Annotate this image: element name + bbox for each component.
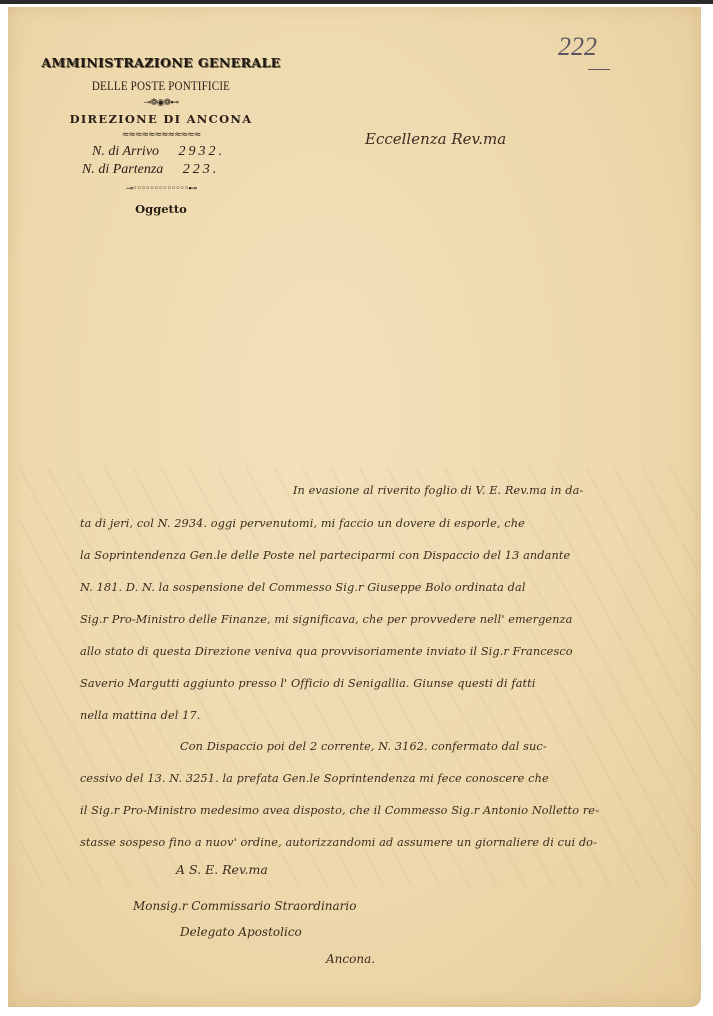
body-line: Saverio Margutti aggiunto presso l' Offi… [80,677,690,690]
departure-label: N. di Partenza [82,162,163,177]
ornament-medium-icon: ≈≈≈≈≈≈≈≈≈≈≈≈ [26,130,296,140]
departure-number: 223. [183,162,220,177]
letterhead: AMMINISTRAZIONE GENERALE DELLE POSTE PON… [26,55,296,216]
letter-page: AMMINISTRAZIONE GENERALE DELLE POSTE PON… [8,7,701,1007]
body-line: allo stato di questa Direzione veniva qu… [80,645,690,658]
subject-label: Oggetto [26,202,296,216]
departure-number-row: N. di Partenza 223. [26,162,296,178]
folio-number: 222 [558,32,597,62]
arrival-label: N. di Arrivo [92,144,159,159]
addressee-city: Ancona. [326,952,375,966]
body-line: N. 181. D. N. la sospensione del Commess… [80,581,690,594]
arrival-number: 2932. [179,144,226,159]
letterhead-subtitle: DELLE POSTE PONTIFICIE [46,78,276,94]
body-line: cessivo del 13. N. 3251. la prefata Gen.… [80,772,690,785]
addressee-title: Monsig.r Commissario Straordinario [133,899,356,913]
closing-line: A S. E. Rev.ma [176,862,268,877]
body-line: Con Dispaccio poi del 2 corrente, N. 316… [180,740,690,753]
addressee-role: Delegato Apostolico [180,925,302,939]
ornament-long-icon: ⊸◦◦◦◦◦◦◦◦◦◦◦◦◦⊷ [26,184,296,194]
body-line: ta di jeri, col N. 2934. oggi pervenutom… [80,517,690,530]
letterhead-office: DIREZIONE DI ANCONA [26,112,296,126]
arrival-number-row: N. di Arrivo 2932. [26,144,296,160]
body-line: la Soprintendenza Gen.le delle Poste nel… [80,549,690,562]
top-border [0,0,713,4]
body-line: il Sig.r Pro-Ministro medesimo avea disp… [80,804,690,817]
salutation: Eccellenza Rev.ma [365,130,506,148]
letterhead-title: AMMINISTRAZIONE GENERALE [26,55,296,70]
body-line: nella mattina del 17. [80,709,690,722]
body-line: In evasione al riverito foglio di V. E. … [293,484,693,497]
folio-underline [588,69,610,70]
body-line: stasse sospeso fino a nuov' ordine, auto… [80,836,690,849]
body-line: Sig.r Pro-Ministro delle Finanze, mi sig… [80,613,690,626]
ornament-small-icon: ⊸❁◉❁⊷ [26,98,296,108]
